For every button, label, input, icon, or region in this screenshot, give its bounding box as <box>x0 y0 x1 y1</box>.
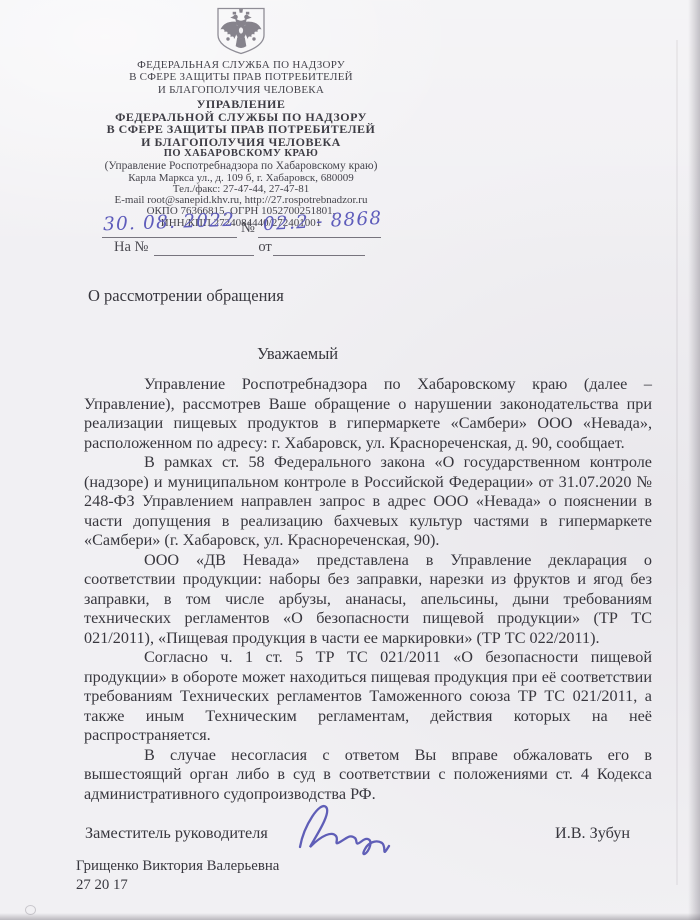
reference-block: 30. 08. 2022 № 02.2 - 8868 На № от <box>102 212 381 256</box>
executor-phone: 27 20 17 <box>76 876 279 895</box>
paragraph: ООО «ДВ Невада» представлена в Управлени… <box>84 551 652 649</box>
incoming-reference-line: На № от <box>114 239 381 256</box>
incoming-date-blank <box>273 240 365 256</box>
executor-name: Грищенко Виктория Валерьевна <box>76 857 279 876</box>
scan-edge-bottom <box>0 913 700 920</box>
handwritten-number: 02.2 - 8868 <box>262 208 382 235</box>
number-sign: № <box>237 220 258 238</box>
scan-crease <box>676 40 678 885</box>
regional-office-name: УПРАВЛЕНИЕ ФЕДЕРАЛЬНОЙ СЛУЖБЫ ПО НАДЗОРУ… <box>75 98 407 148</box>
from-label: от <box>254 239 272 256</box>
agency-line: В СФЕРЕ ЗАЩИТЫ ПРАВ ПОТРЕБИТЕЛЕЙ <box>75 71 407 83</box>
scan-edge-right <box>688 0 700 920</box>
paragraph: Управление Роспотребнадзора по Хабаровск… <box>84 375 652 453</box>
region-line: ПО ХАБАРОВСКОМУ КРАЮ <box>75 148 407 161</box>
outgoing-date-field: 30. 08. 2022 <box>102 212 237 238</box>
reply-prefix-label: На № <box>114 239 148 256</box>
paragraph: В рамках ст. 58 Федерального закона «О г… <box>84 453 652 551</box>
office-line: УПРАВЛЕНИЕ <box>75 98 407 111</box>
office-line: В СФЕРЕ ЗАЩИТЫ ПРАВ ПОТРЕБИТЕЛЕЙ <box>75 123 407 136</box>
salutation: Уважаемый <box>257 344 338 364</box>
outgoing-number-field: 02.2 - 8868 <box>258 212 381 238</box>
letter-body: Управление Роспотребнадзора по Хабаровск… <box>84 375 652 804</box>
signer-name: И.В. Зубун <box>555 824 630 843</box>
agency-line: ФЕДЕРАЛЬНАЯ СЛУЖБА ПО НАДЗОРУ <box>75 59 407 71</box>
executor-block: Грищенко Виктория Валерьевна 27 20 17 <box>76 857 279 894</box>
coat-of-arms-icon <box>215 6 267 56</box>
signer-position-title: Заместитель руководителя <box>85 824 268 843</box>
letterhead: ФЕДЕРАЛЬНАЯ СЛУЖБА ПО НАДЗОРУ В СФЕРЕ ЗА… <box>75 6 407 229</box>
federal-service-name: ФЕДЕРАЛЬНАЯ СЛУЖБА ПО НАДЗОРУ В СФЕРЕ ЗА… <box>75 59 407 96</box>
office-line: И БЛАГОПОЛУЧИЯ ЧЕЛОВЕКА <box>75 136 407 149</box>
paragraph: Согласно ч. 1 ст. 5 ТР ТС 021/2011 «О бе… <box>84 648 652 746</box>
office-alias: (Управление Роспотребнадзора по Хабаровс… <box>75 161 407 173</box>
signature-icon <box>292 795 402 861</box>
incoming-number-blank <box>154 240 254 256</box>
scanned-letter-page: ФЕДЕРАЛЬНАЯ СЛУЖБА ПО НАДЗОРУ В СФЕРЕ ЗА… <box>0 0 700 920</box>
agency-line: И БЛАГОПОЛУЧИЯ ЧЕЛОВЕКА <box>75 84 407 96</box>
handwritten-date: 30. 08. 2022 <box>103 210 236 236</box>
outgoing-reference-line: 30. 08. 2022 № 02.2 - 8868 <box>102 212 381 238</box>
subject-line: О рассмотрении обращения <box>88 286 284 306</box>
